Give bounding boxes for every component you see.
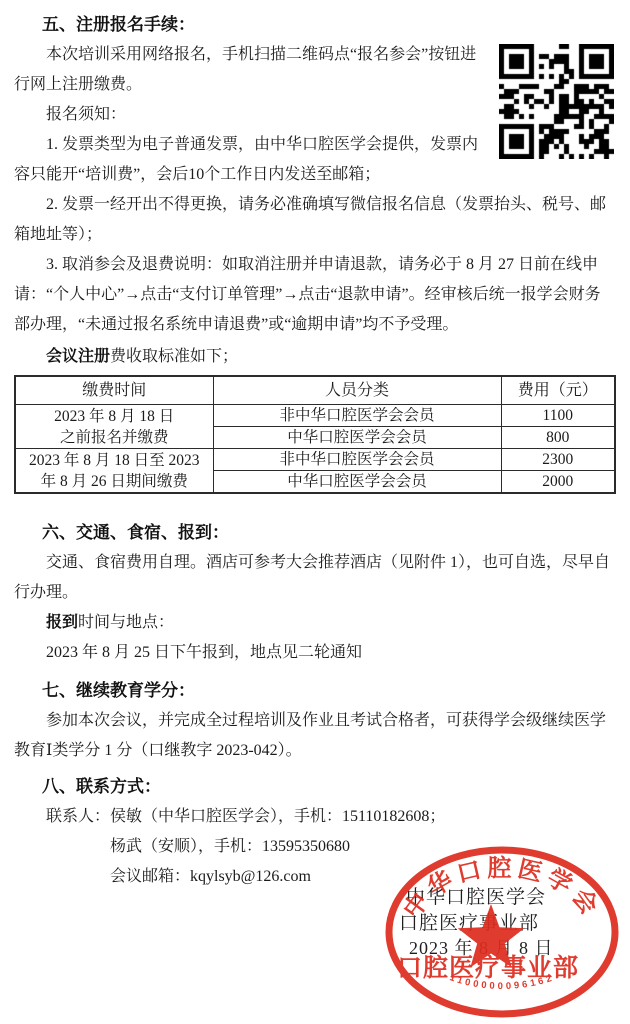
category-cell: 中华口腔医学会会员 bbox=[213, 471, 501, 494]
period-late-line1: 2023 年 8 月 18 日至 2023 bbox=[16, 450, 213, 471]
fee-cell: 2300 bbox=[501, 449, 615, 471]
header-fee: 费用（元） bbox=[501, 376, 615, 405]
checkin-info: 2023 年 8 月 25 日下午报到，地点见二轮通知 bbox=[14, 638, 616, 668]
header-person-category: 人员分类 bbox=[213, 376, 501, 405]
fee-cell: 800 bbox=[501, 427, 615, 449]
section-education-credits: 七、继续教育学分： 参加本次会议，并完成全过程培训及作业且考试合格者，可获得学会… bbox=[14, 676, 616, 766]
qr-code-image bbox=[499, 44, 614, 159]
fee-cell: 1100 bbox=[501, 405, 615, 427]
table-row: 2023 年 8 月 18 日至 2023 年 8 月 26 日期间缴费 非中华… bbox=[15, 449, 615, 471]
official-seal: 中华口腔医学会 口腔医疗事业部 1100000096162 bbox=[384, 845, 624, 1023]
notice-document-page: 五、注册报名手续： 本次培训采用网络报名，手机扫描二维码点“报名参会”按钮进行网… bbox=[0, 0, 630, 1024]
fee-note-bold: 会议注册 bbox=[46, 348, 110, 365]
section5-heading: 五、注册报名手续： bbox=[14, 10, 616, 40]
registration-fee-table: 缴费时间 人员分类 费用（元） 2023 年 8 月 18 日 之前报名并缴费 … bbox=[14, 375, 616, 494]
period-cell-early: 2023 年 8 月 18 日 之前报名并缴费 bbox=[15, 405, 213, 449]
period-late-line2: 年 8 月 26 日期间缴费 bbox=[16, 471, 213, 492]
category-cell: 中华口腔医学会会员 bbox=[213, 427, 501, 449]
header-payment-period: 缴费时间 bbox=[15, 376, 213, 405]
fee-cell: 2000 bbox=[501, 471, 615, 494]
section6-body: 交通、食宿费用自理。酒店可参考大会推荐酒店（见附件 1），也可自选，尽早自行办理… bbox=[14, 548, 616, 608]
period-early-line1: 2023 年 8 月 18 日 bbox=[16, 406, 213, 427]
registration-qr-code bbox=[499, 44, 614, 159]
fee-table-header-row: 缴费时间 人员分类 费用（元） bbox=[15, 376, 615, 405]
category-cell: 非中华口腔医学会会员 bbox=[213, 405, 501, 427]
fee-note-rest: 费收取标准如下； bbox=[110, 348, 238, 365]
fee-standard-note: 会议注册费收取标准如下； bbox=[14, 344, 616, 370]
section7-body: 参加本次会议，并完成全过程培训及作业且考试合格者，可获得学会级继续医学教育Ⅰ类学… bbox=[14, 706, 616, 766]
checkin-label-bold: 报到 bbox=[46, 614, 78, 631]
period-cell-late: 2023 年 8 月 18 日至 2023 年 8 月 26 日期间缴费 bbox=[15, 449, 213, 494]
notice-item-2: 2. 发票一经开出不得更换，请务必准确填写微信报名信息（发票抬头、税号、邮箱地址… bbox=[14, 190, 616, 250]
checkin-label-rest: 时间与地点： bbox=[78, 614, 174, 631]
table-row: 2023 年 8 月 18 日 之前报名并缴费 非中华口腔医学会会员 1100 bbox=[15, 405, 615, 427]
notice-item-3: 3. 取消参会及退费说明：如取消注册并申请退款，请务必于 8 月 27 日前在线… bbox=[14, 250, 616, 340]
section-travel-lodging: 六、交通、食宿、报到： 交通、食宿费用自理。酒店可参考大会推荐酒店（见附件 1）… bbox=[14, 518, 616, 668]
section8-heading: 八、联系方式： bbox=[14, 772, 616, 802]
section7-heading: 七、继续教育学分： bbox=[14, 676, 616, 706]
checkin-label: 报到时间与地点： bbox=[14, 608, 616, 638]
section6-heading: 六、交通、食宿、报到： bbox=[14, 518, 616, 548]
contact-line-1: 联系人：侯敏（中华口腔医学会），手机：15110182608； bbox=[14, 802, 616, 832]
section-registration: 五、注册报名手续： 本次培训采用网络报名，手机扫描二维码点“报名参会”按钮进行网… bbox=[14, 10, 616, 494]
period-early-line2: 之前报名并缴费 bbox=[16, 427, 213, 448]
category-cell: 非中华口腔医学会会员 bbox=[213, 449, 501, 471]
